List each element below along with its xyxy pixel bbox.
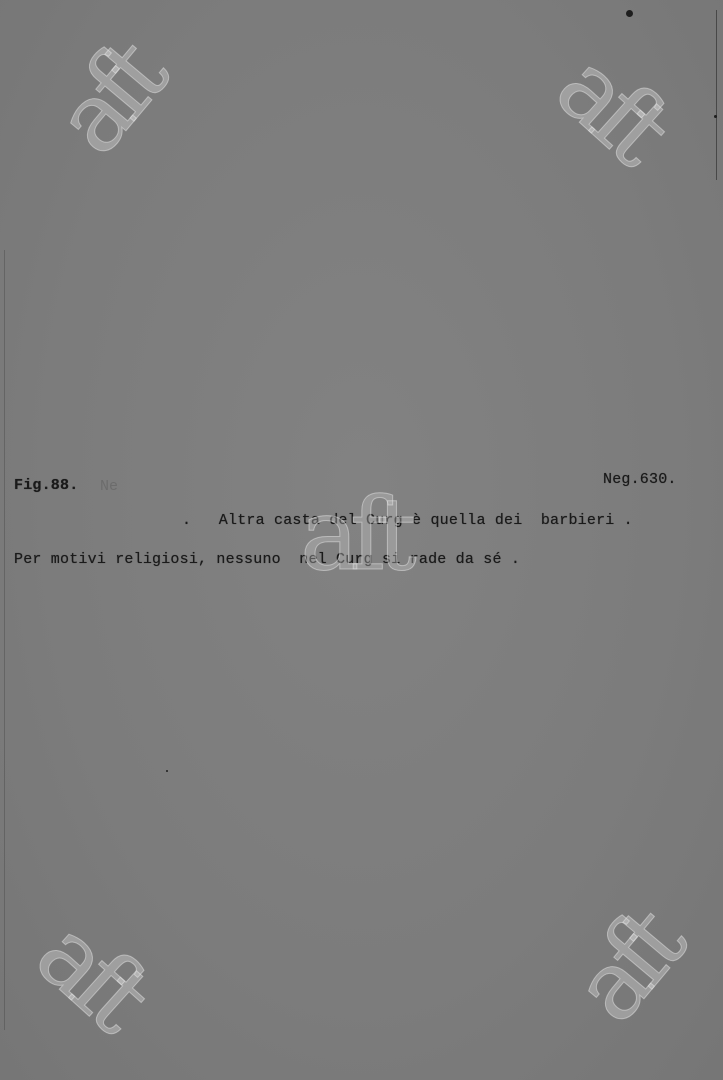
bleedthrough-text: Ne [100,478,118,495]
ink-speck [714,115,717,118]
watermark-logo: aft [557,898,696,1037]
watermark-logo: aft [39,30,178,169]
page-edge-left [4,250,5,1030]
scanned-document-page: aft aft aft aft Ne Fig.88. Neg.630. . Al… [0,0,723,1080]
figure-number: Fig.88. [14,477,78,494]
negative-number: Neg.630. [603,471,677,488]
page-edge-right [716,10,717,180]
caption-line-1: . Altra casta del Curg è quella dei barb… [182,512,633,529]
watermark-logo: aft [541,36,681,175]
watermark-logo: aft [21,903,161,1042]
watermark-logo-center: aft [300,485,407,585]
ink-speck [626,10,633,17]
ink-speck [166,770,168,772]
caption-line-2: Per motivi religiosi, nessuno nel Curg s… [14,551,520,568]
